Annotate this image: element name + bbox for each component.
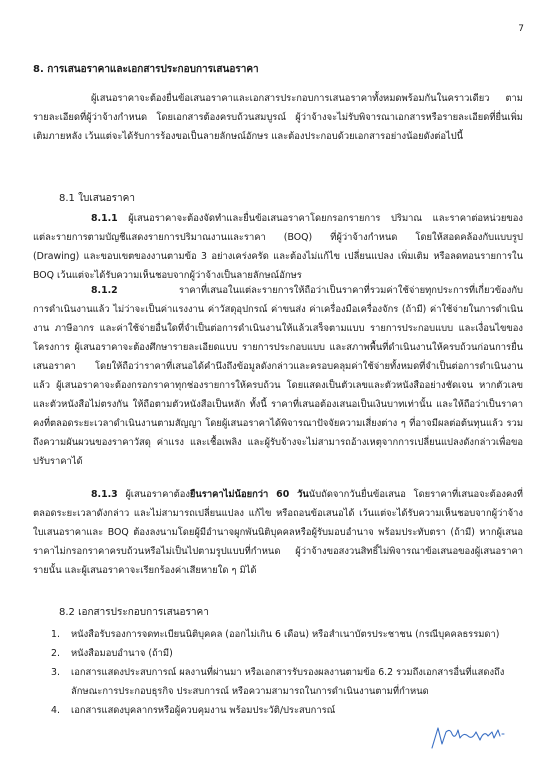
clause-number: 8.1.3 — [91, 489, 118, 500]
clause-text-bold: ยืนราคาไม่น้อยกว่า 60 วัน — [190, 489, 309, 500]
page-number: 7 — [518, 24, 524, 34]
clause-number: 8.1.2 — [91, 285, 118, 296]
required-documents-list: 1.หนังสือรับรองการจดทะเบียนนิติบุคคล (ออ… — [51, 625, 521, 720]
section-8-heading: 8. การเสนอราคาและเอกสารประกอบการเสนอราคา — [33, 60, 259, 79]
signature-icon — [428, 718, 508, 752]
item-number: 4. — [51, 701, 60, 720]
item-text: เอกสารแสดงบุคลากรหรือผู้ควบคุมงาน พร้อมป… — [71, 705, 335, 716]
section-8-intro: ผู้เสนอราคาจะต้องยื่นข้อเสนอราคาและเอกสา… — [33, 89, 523, 146]
paragraph-8-1-2: 8.1.2 ราคาที่เสนอในแต่ละรายการให้ถือว่าเ… — [33, 281, 523, 471]
clause-text: ราคาที่เสนอในแต่ละรายการให้ถือว่าเป็นราค… — [33, 285, 523, 467]
section-8-2-heading: 8.2 เอกสารประกอบการเสนอราคา — [59, 603, 209, 622]
item-number: 3. — [51, 663, 60, 682]
item-text: หนังสือมอบอำนาจ (ถ้ามี) — [71, 648, 173, 659]
section-8-1-heading: 8.1 ใบเสนอราคา — [59, 189, 135, 208]
paragraph-8-1-1: 8.1.1 ผู้เสนอราคาจะต้องจัดทำและยื่นข้อเส… — [33, 209, 523, 285]
list-item: 3.เอกสารแสดงประสบการณ์ ผลงานที่ผ่านมา หร… — [51, 663, 521, 701]
paragraph-8-1-3: 8.1.3 ผู้เสนอราคาต้องยืนราคาไม่น้อยกว่า … — [33, 485, 523, 580]
list-item: 2.หนังสือมอบอำนาจ (ถ้ามี) — [51, 644, 521, 663]
clause-number: 8.1.1 — [91, 213, 118, 224]
item-text: หนังสือรับรองการจดทะเบียนนิติบุคคล (ออกไ… — [71, 629, 499, 640]
item-number: 1. — [51, 625, 60, 644]
item-number: 2. — [51, 644, 60, 663]
item-text: เอกสารแสดงประสบการณ์ ผลงานที่ผ่านมา หรือ… — [71, 667, 504, 697]
clause-text-post: นับถัดจากวันยื่นข้อเสนอ โดยราคาที่เสนอจะ… — [33, 489, 523, 576]
list-item: 1.หนังสือรับรองการจดทะเบียนนิติบุคคล (ออ… — [51, 625, 521, 644]
clause-text-pre: ผู้เสนอราคาต้อง — [125, 489, 190, 500]
